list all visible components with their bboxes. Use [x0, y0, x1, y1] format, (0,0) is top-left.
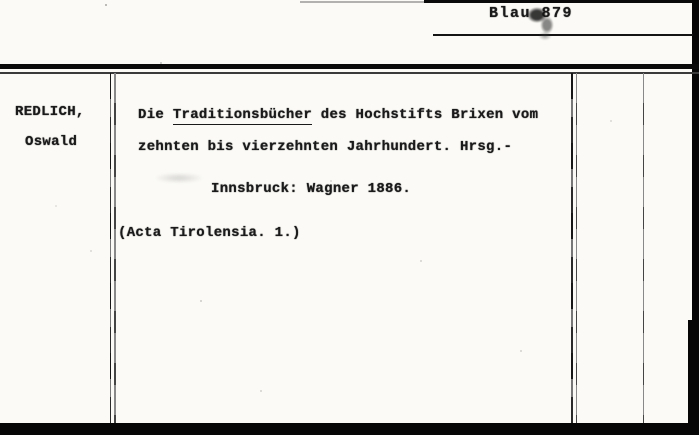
- card-top-edge-faint: [300, 1, 430, 3]
- card-bottom-edge: [0, 423, 699, 435]
- author-column-divider-2: [114, 73, 116, 423]
- right-column-divider: [571, 73, 573, 423]
- right-column-divider-2: [576, 73, 577, 423]
- shelfmark-underline: [433, 34, 693, 36]
- title-line-2: zehnten bis vierzehnten Jahrhundert. Hrs…: [138, 139, 512, 155]
- card-top-edge: [424, 0, 699, 3]
- title-line-1: Die Traditionsbücher des Hochstifts Brix…: [138, 107, 538, 123]
- header-rule-thick: [0, 64, 699, 69]
- catalog-card-scan: Blau 879 REDLICH, Oswald Die Traditionsb…: [0, 0, 699, 435]
- card-right-edge-wedge: [688, 320, 699, 435]
- imprint-line: Innsbruck: Wagner 1886.: [211, 181, 411, 197]
- series-line: (Acta Tirolensia. 1.): [118, 225, 301, 241]
- ink-smudge-tail: [534, 28, 556, 44]
- author-column-divider: [110, 73, 111, 423]
- pencil-smudge: [144, 169, 214, 186]
- scan-specks: [0, 0, 2, 2]
- title-suffix: des Hochstifts Brixen vom: [312, 107, 538, 123]
- title-underlined: Traditionsbücher: [173, 107, 312, 125]
- header-rule-thin: [0, 72, 699, 74]
- author-forename: Oswald: [25, 134, 77, 150]
- far-right-column-divider: [643, 73, 645, 423]
- author-surname: REDLICH,: [15, 104, 85, 120]
- title-prefix: Die: [138, 107, 173, 123]
